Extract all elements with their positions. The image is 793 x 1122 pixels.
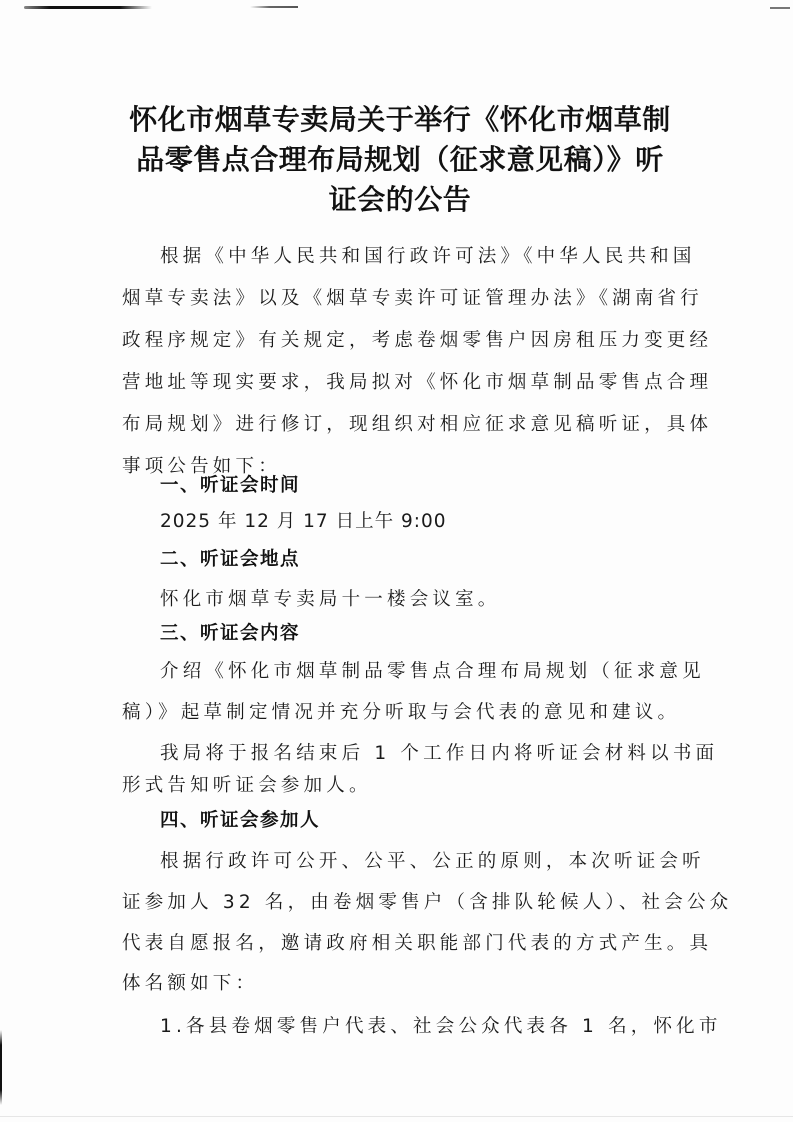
text-line: 我局将于报名结束后 1 个工作日内将听证会材料以书面 [160,739,718,769]
text-line: 根据《中华人民共和国行政许可法》《中华人民共和国 [160,242,696,272]
hearing-location: 怀化市烟草专卖局十一楼会议室。 [160,585,501,615]
text-line: 政程序规定》有关规定，考虑卷烟零售户因房租压力变更经 [122,326,712,356]
document-page: 怀化市烟草专卖局关于举行《怀化市烟草制 品零售点合理布局规划（征求意见稿）》听 … [0,0,793,1122]
page-bottom-edge [0,1116,793,1117]
text-line: 根据行政许可公开、公平、公正的原则，本次听证会听 [160,847,705,877]
text-line: 1.各县卷烟零售户代表、社会公众代表各 1 名，怀化市 [160,1012,722,1042]
title-line: 怀化市烟草专卖局关于举行《怀化市烟草制 [110,100,690,140]
section-heading: 三、听证会内容 [160,619,300,649]
title-line: 证会的公告 [110,180,690,220]
text-line: 体名额如下： [122,969,258,999]
text-line: 烟草专卖法》以及《烟草专卖许可证管理办法》《湖南省行 [122,284,703,314]
title-line: 品零售点合理布局规划（征求意见稿）》听 [110,140,690,180]
text-line: 证参加人 32 名，由卷烟零售户（含排队轮候人）、社会公众 [122,888,732,918]
section-heading: 一、听证会时间 [160,471,300,501]
text-line: 代表自愿报名，邀请政府相关职能部门代表的方式产生。具 [122,929,712,959]
scan-artifact-line [250,6,298,8]
scan-artifact-line [770,7,790,9]
text-line: 营地址等现实要求，我局拟对《怀化市烟草制品零售点合理 [122,368,712,398]
text-line: 布局规划》进行修订，现组织对相应征求意见稿听证，具体 [122,410,712,440]
text-line: 形式告知听证会参加人。 [122,771,372,801]
scan-artifact-edge [0,1030,2,1105]
hearing-date-time: 2025 年 12 月 17 日上午 9:00 [160,507,447,537]
section-heading: 四、听证会参加人 [160,806,320,836]
section-heading: 二、听证会地点 [160,545,300,575]
document-title: 怀化市烟草专卖局关于举行《怀化市烟草制 品零售点合理布局规划（征求意见稿）》听 … [110,100,690,220]
text-line: 稿）》起草制定情况并充分听取与会代表的意见和建议。 [122,698,680,728]
scan-artifact-line [24,6,152,9]
text-line: 介绍《怀化市烟草制品零售点合理布局规划（征求意见 [160,657,705,687]
